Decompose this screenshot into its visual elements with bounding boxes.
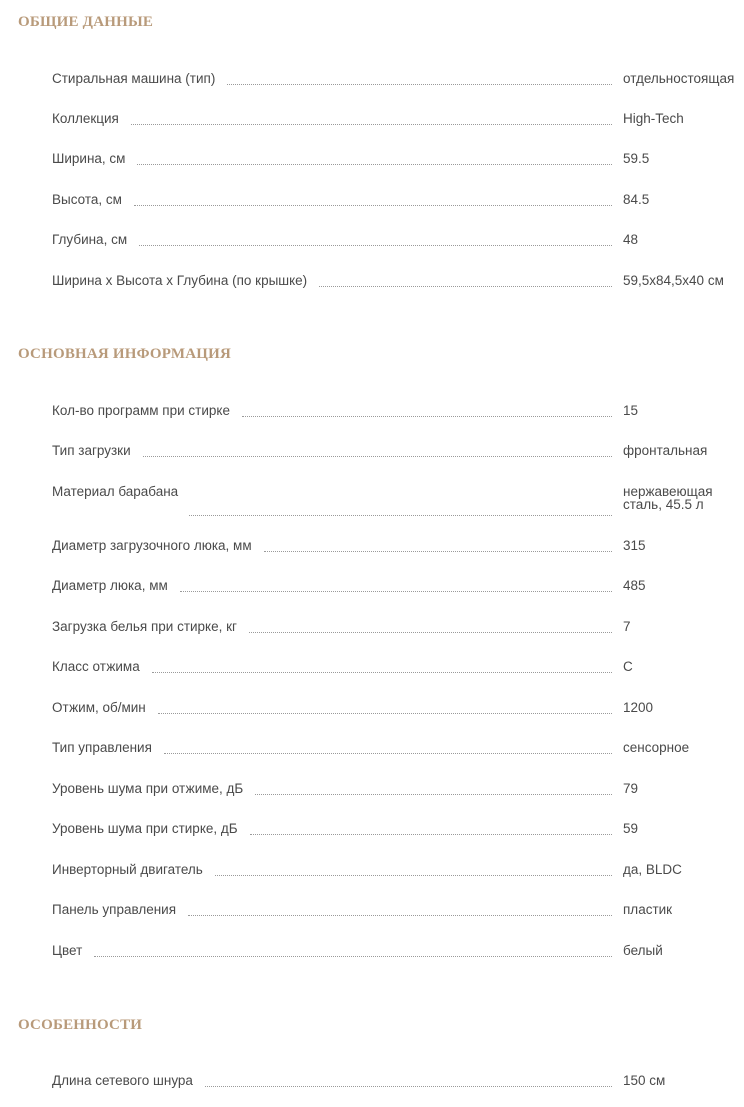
- spec-value: 59.5: [623, 152, 649, 166]
- dotted-leader: [188, 905, 612, 916]
- spec-value: 150 см: [623, 1074, 665, 1088]
- spec-value: фронтальная: [623, 444, 707, 458]
- spec-value: да, BLDC: [623, 863, 682, 877]
- spec-value: 59,5x84,5x40 см: [623, 274, 724, 288]
- spec-label: Высота, см: [52, 193, 122, 207]
- spec-value: белый: [623, 944, 663, 958]
- spec-label: Тип управления: [52, 741, 152, 755]
- spec-label: Коллекция: [52, 112, 119, 126]
- spec-value: нержавеющая сталь, 45.5 л: [623, 485, 743, 511]
- spec-label: Длина сетевого шнура: [52, 1074, 193, 1088]
- spec-value: High-Tech: [623, 112, 684, 126]
- spec-value: 315: [623, 539, 646, 553]
- dotted-leader: [164, 743, 612, 754]
- spec-label: Диаметр люка, мм: [52, 579, 168, 593]
- spec-value: C: [623, 660, 633, 674]
- dotted-leader: [189, 505, 612, 516]
- spec-value: 1200: [623, 701, 653, 715]
- dotted-leader: [255, 784, 612, 795]
- spec-value: 59: [623, 822, 638, 836]
- spec-label: Инверторный двигатель: [52, 863, 203, 877]
- spec-value: отдельностоящая: [623, 72, 734, 86]
- dotted-leader: [205, 1076, 612, 1087]
- spec-label: Кол-во программ при стирке: [52, 404, 230, 418]
- spec-label: Ширина, см: [52, 152, 125, 166]
- spec-value: 84.5: [623, 193, 649, 207]
- spec-label: Уровень шума при стирке, дБ: [52, 822, 238, 836]
- section-title-general: ОБЩИЕ ДАННЫЕ: [18, 14, 153, 31]
- dotted-leader: [134, 195, 612, 206]
- spec-label: Ширина х Высота х Глубина (по крышке): [52, 274, 307, 288]
- spec-value: пластик: [623, 903, 672, 917]
- dotted-leader: [180, 581, 612, 592]
- dotted-leader: [264, 541, 612, 552]
- section-title-features: ОСОБЕННОСТИ: [18, 1017, 142, 1034]
- dotted-leader: [139, 235, 612, 246]
- dotted-leader: [94, 946, 612, 957]
- spec-value: 48: [623, 233, 638, 247]
- dotted-leader: [242, 406, 612, 417]
- spec-label: Глубина, см: [52, 233, 127, 247]
- section-title-main-info: ОСНОВНАЯ ИНФОРМАЦИЯ: [18, 346, 231, 363]
- dotted-leader: [137, 154, 612, 165]
- spec-label: Материал барабана: [52, 485, 178, 499]
- spec-label: Цвет: [52, 944, 82, 958]
- spec-value: 485: [623, 579, 646, 593]
- spec-label: Отжим, об/мин: [52, 701, 146, 715]
- dotted-leader: [158, 703, 612, 714]
- spec-value: сенсорное: [623, 741, 689, 755]
- spec-value: 7: [623, 620, 631, 634]
- spec-value: 79: [623, 782, 638, 796]
- dotted-leader: [131, 114, 612, 125]
- spec-label: Уровень шума при отжиме, дБ: [52, 782, 243, 796]
- spec-label: Панель управления: [52, 903, 176, 917]
- dotted-leader: [215, 865, 612, 876]
- dotted-leader: [319, 276, 612, 287]
- spec-label: Загрузка белья при стирке, кг: [52, 620, 237, 634]
- dotted-leader: [152, 662, 612, 673]
- dotted-leader: [227, 74, 612, 85]
- spec-label: Тип загрузки: [52, 444, 131, 458]
- spec-label: Стиральная машина (тип): [52, 72, 215, 86]
- dotted-leader: [143, 446, 612, 457]
- dotted-leader: [249, 622, 612, 633]
- spec-value: 15: [623, 404, 638, 418]
- dotted-leader: [250, 824, 612, 835]
- spec-label: Диаметр загрузочного люка, мм: [52, 539, 252, 553]
- spec-label: Класс отжима: [52, 660, 140, 674]
